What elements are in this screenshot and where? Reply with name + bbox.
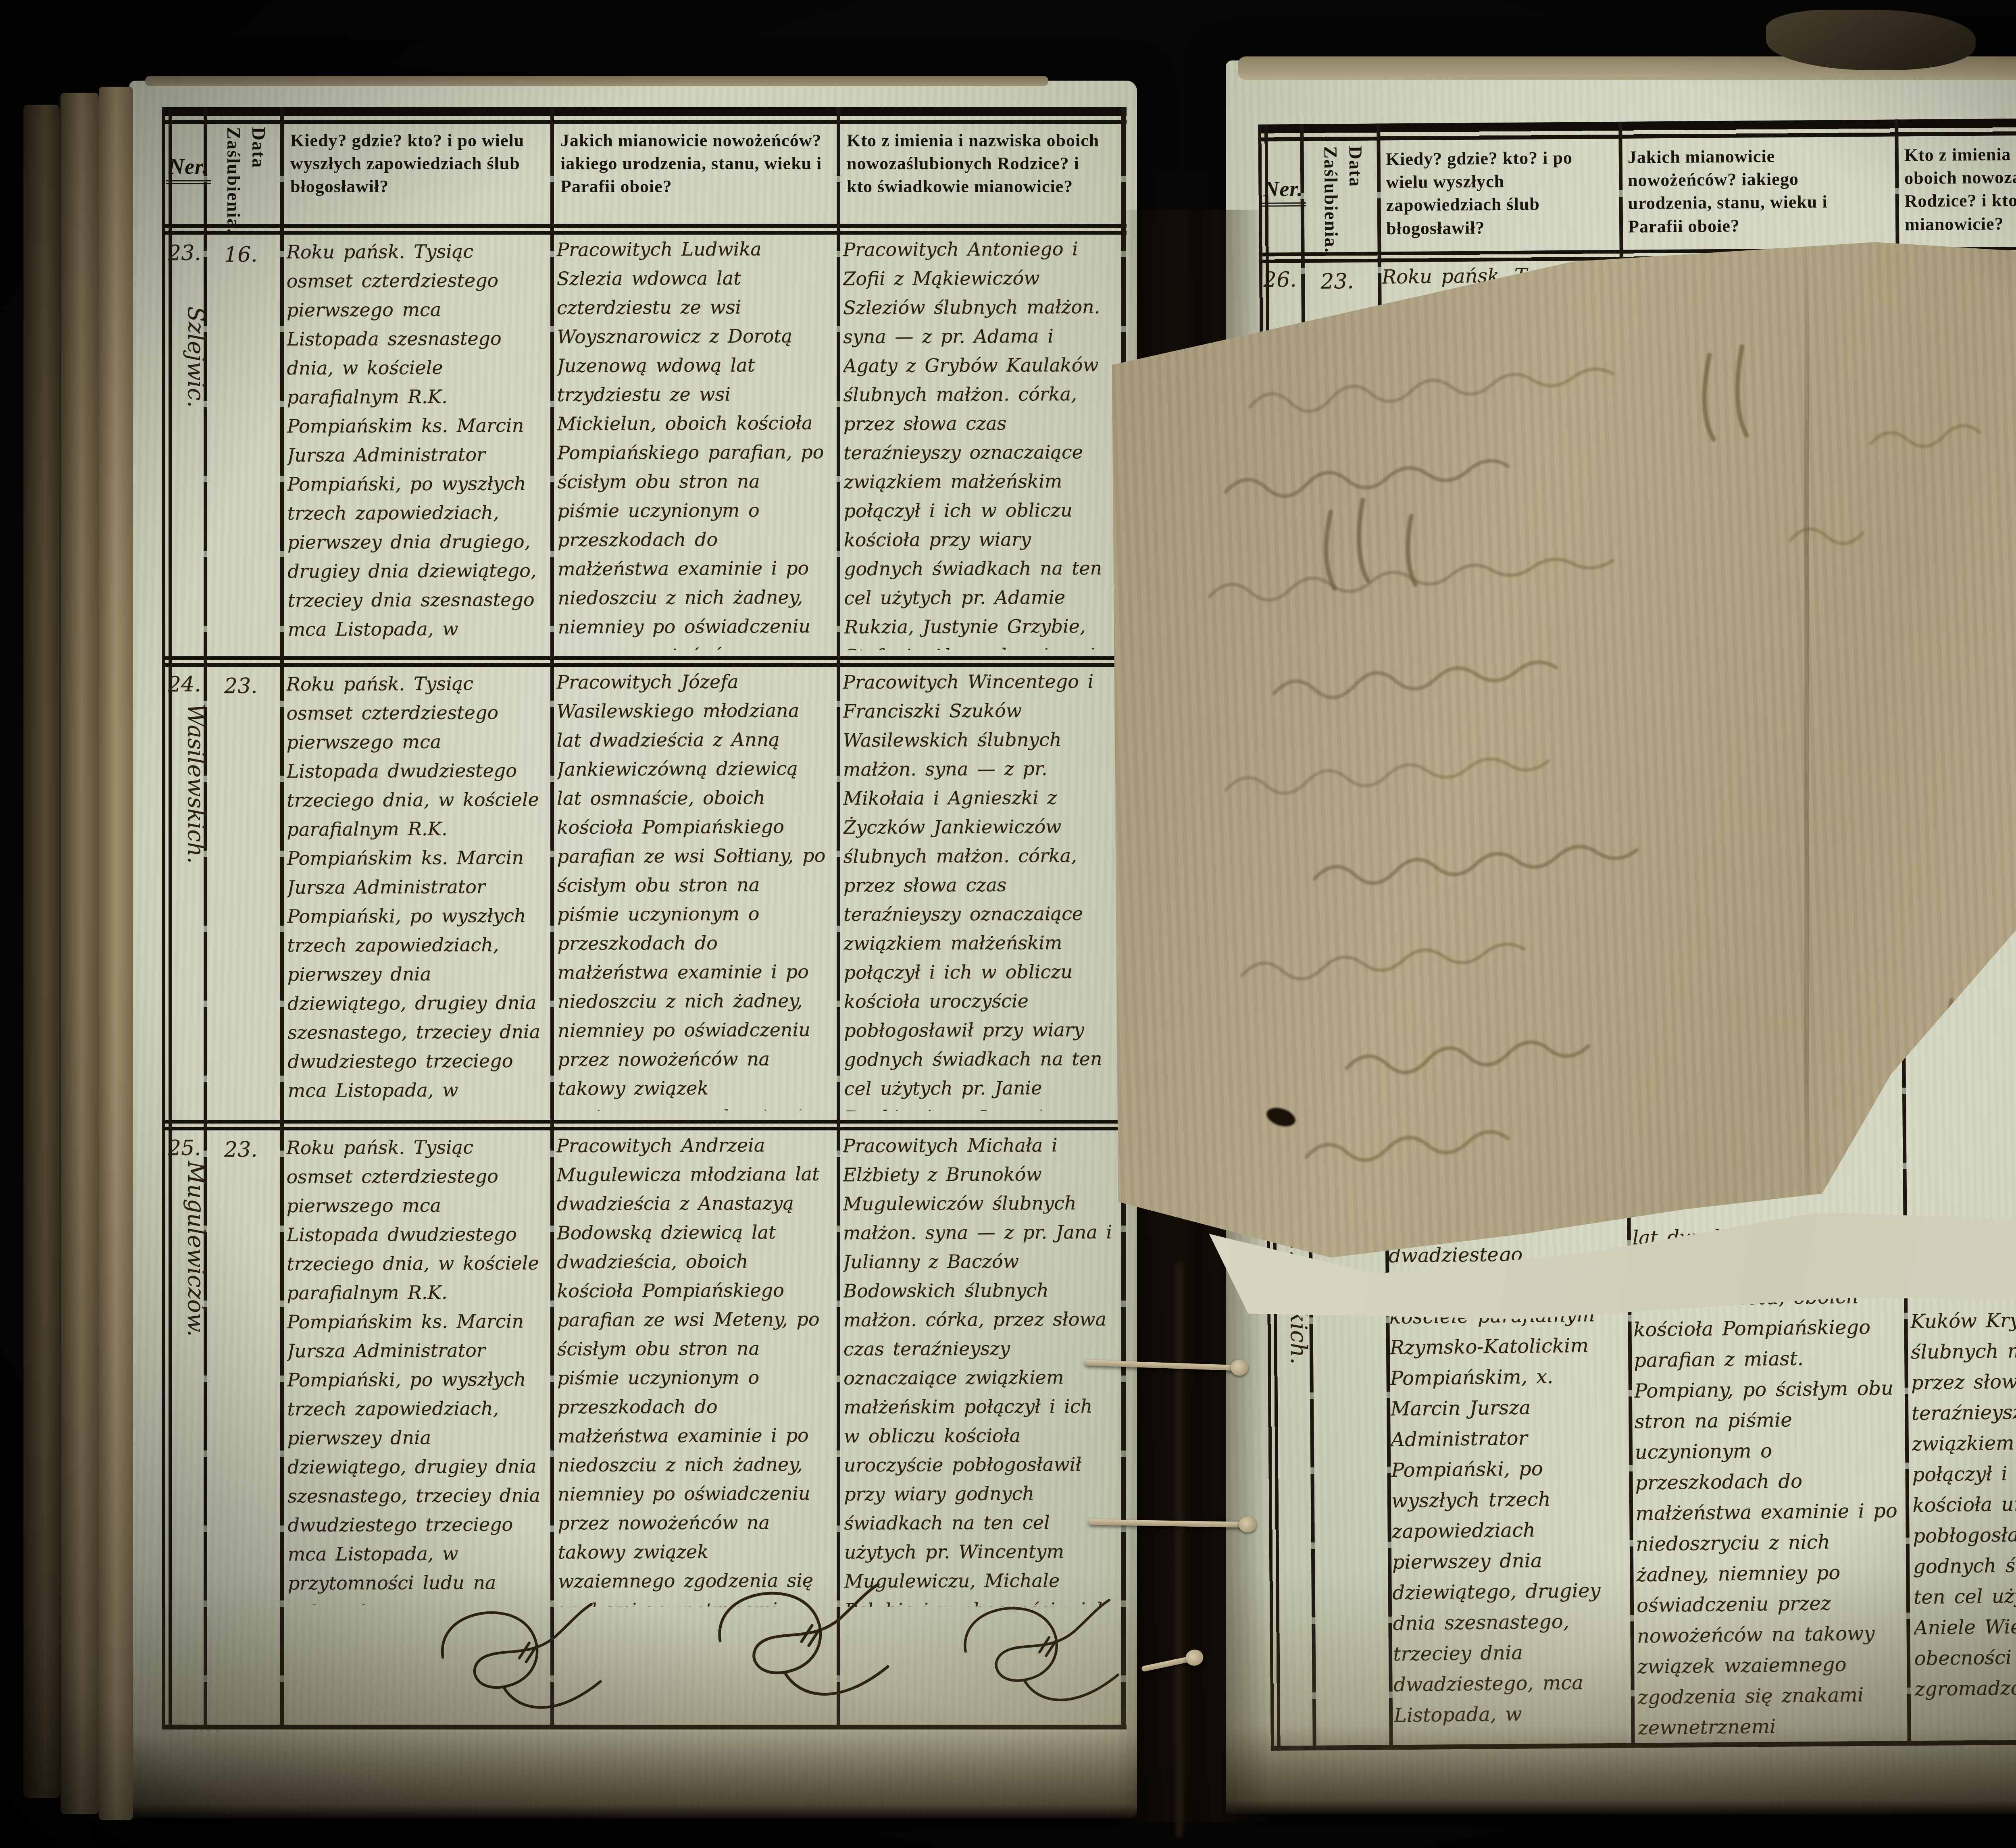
table-bottom-rule — [1271, 1739, 2016, 1751]
column-header-newlyweds: Jakich mianowicie nowożeńców? iakiego ur… — [560, 129, 823, 198]
scanned-register-spread: Ner. Data Zaślubienia. Kiedy? gdzie? kto… — [0, 0, 2016, 1848]
entry-when-cell: Roku pańsk. Tysiąc osmset czterdziestego… — [286, 1132, 542, 1605]
entry-newlyweds-cell: Pracowitych Józefa Wasilewskiego młodzia… — [556, 667, 828, 1111]
entry-when-cell: Roku pańsk. Tysiąc osmset czterdziestego… — [286, 237, 542, 649]
paraph-flourish — [423, 1600, 617, 1725]
column-divider — [550, 107, 554, 1729]
table-bottom-rule — [162, 1725, 1127, 1729]
column-header-newlyweds: Jakich mianowicie nowożeńców? iakiego ur… — [1628, 144, 1887, 238]
entry-family-name: Szlejwic. — [183, 306, 209, 408]
column-header-when: Kiedy? gdzie? kto? i po wielu wyszłych z… — [290, 129, 537, 198]
table-top-rule — [1258, 117, 2016, 142]
column-header-ner: Ner. — [1261, 175, 1300, 203]
column-header-parents: Kto z imienia i nazwiska oboich nowozaśl… — [1904, 142, 2016, 236]
column-header-ner: Ner. — [166, 152, 202, 181]
entry-newlyweds-cell: Pracowitych Andrzeia Mugulewicza młodzia… — [556, 1130, 828, 1607]
row-separator — [162, 656, 1127, 667]
left-register-page: Ner. Data Zaślubienia. Kiedy? gdzie? kto… — [129, 81, 1137, 1818]
top-torn-tab — [1766, 10, 1976, 70]
left-page-stack-edge — [23, 105, 60, 1798]
paraph-flourish — [952, 1596, 1129, 1717]
entry-number: 25. — [168, 1134, 202, 1163]
column-header-when: Kiedy? gdzie? kto? i po wielu wyszłych z… — [1386, 146, 1612, 240]
entry-family-name: Mugulewiczów. — [183, 1161, 209, 1337]
entry-number: 24. — [168, 670, 202, 699]
entry-date: 23. — [224, 1135, 269, 1164]
entry-family-name: Wasilewskich. — [183, 703, 209, 864]
entry-parents-cell: Pracowitych Wincentego i Franciszki Szuk… — [843, 667, 1114, 1111]
column-header-parents: Kto z imienia i nazwiska oboich nowozaśl… — [847, 129, 1108, 198]
entry-date: 23. — [224, 672, 269, 701]
entry-date: 16. — [224, 240, 269, 269]
column-divider — [837, 107, 840, 1729]
table-left-border — [162, 107, 172, 1729]
top-page-sliver — [145, 76, 1048, 86]
left-page-stack-edge — [99, 87, 133, 1820]
entry-parents-cell: Pracowitych Michała i Elżbiety z Brunokó… — [843, 1130, 1114, 1607]
entry-number: 23. — [168, 239, 202, 268]
entry-when-cell: Roku pańsk. Tysiąc osmset czterdziestego… — [286, 669, 542, 1111]
paraph-flourish — [702, 1580, 903, 1713]
row-separator — [162, 1120, 1127, 1130]
table-top-rule — [162, 107, 1127, 124]
entry-parents-cell: Pracowitych Antoniego i Zofii z Mąkiewic… — [843, 234, 1114, 650]
entry-newlyweds-cell: Pracowitych Ludwika Szlezia wdowca lat c… — [556, 234, 828, 650]
left-page-stack-edge — [60, 93, 99, 1814]
column-divider — [280, 107, 284, 1729]
entry-date: 23. — [1320, 267, 1365, 296]
gutter-crease — [1175, 1262, 1183, 1838]
header-bottom-rule — [162, 224, 1127, 235]
ner-label: Ner. — [1261, 177, 1306, 207]
ner-label: Ner. — [166, 154, 211, 184]
